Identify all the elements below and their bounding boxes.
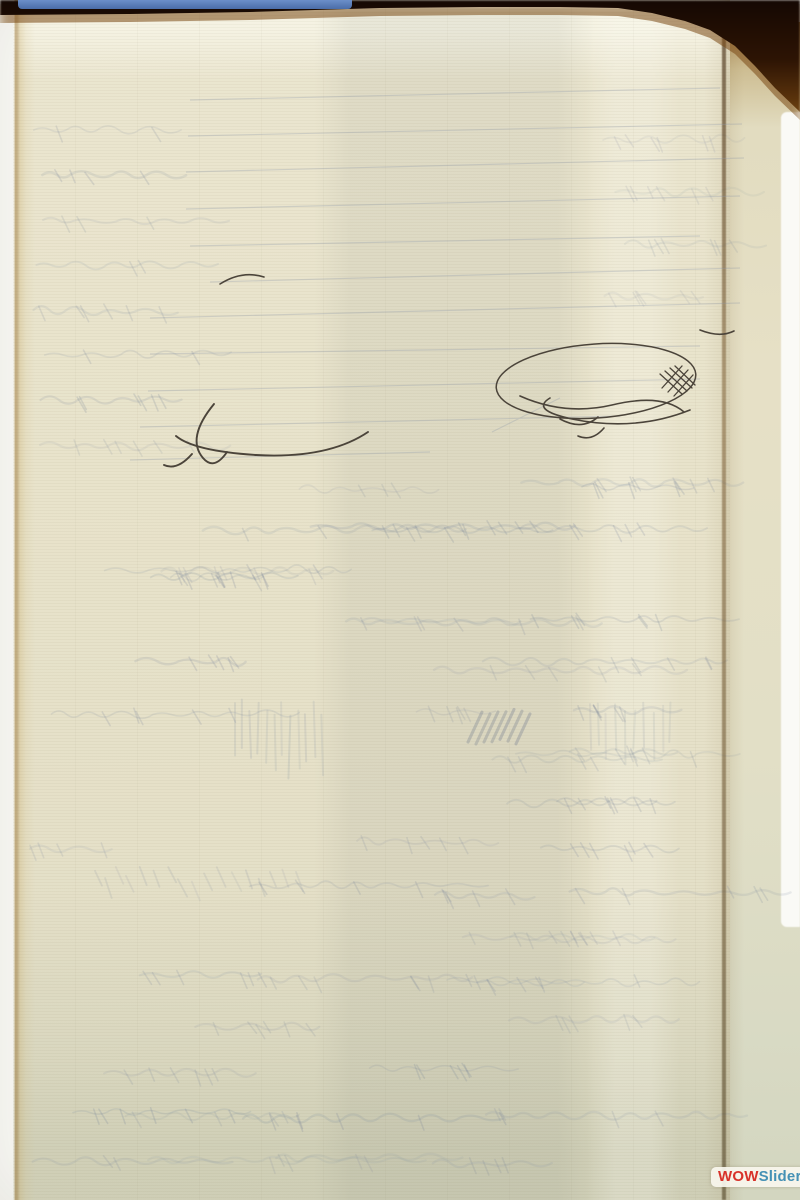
- watermark-slider-text: Slider: [759, 1168, 800, 1185]
- ink-flourishes-svg: [0, 0, 800, 1200]
- watermark-wow-text: WOW: [718, 1168, 759, 1185]
- wowslider-watermark[interactable]: WOWSlider: [711, 1167, 800, 1187]
- manuscript-photo: et de Continuer à faire exécuter les tra…: [0, 0, 800, 1200]
- blue-binding-edge: [18, 0, 352, 9]
